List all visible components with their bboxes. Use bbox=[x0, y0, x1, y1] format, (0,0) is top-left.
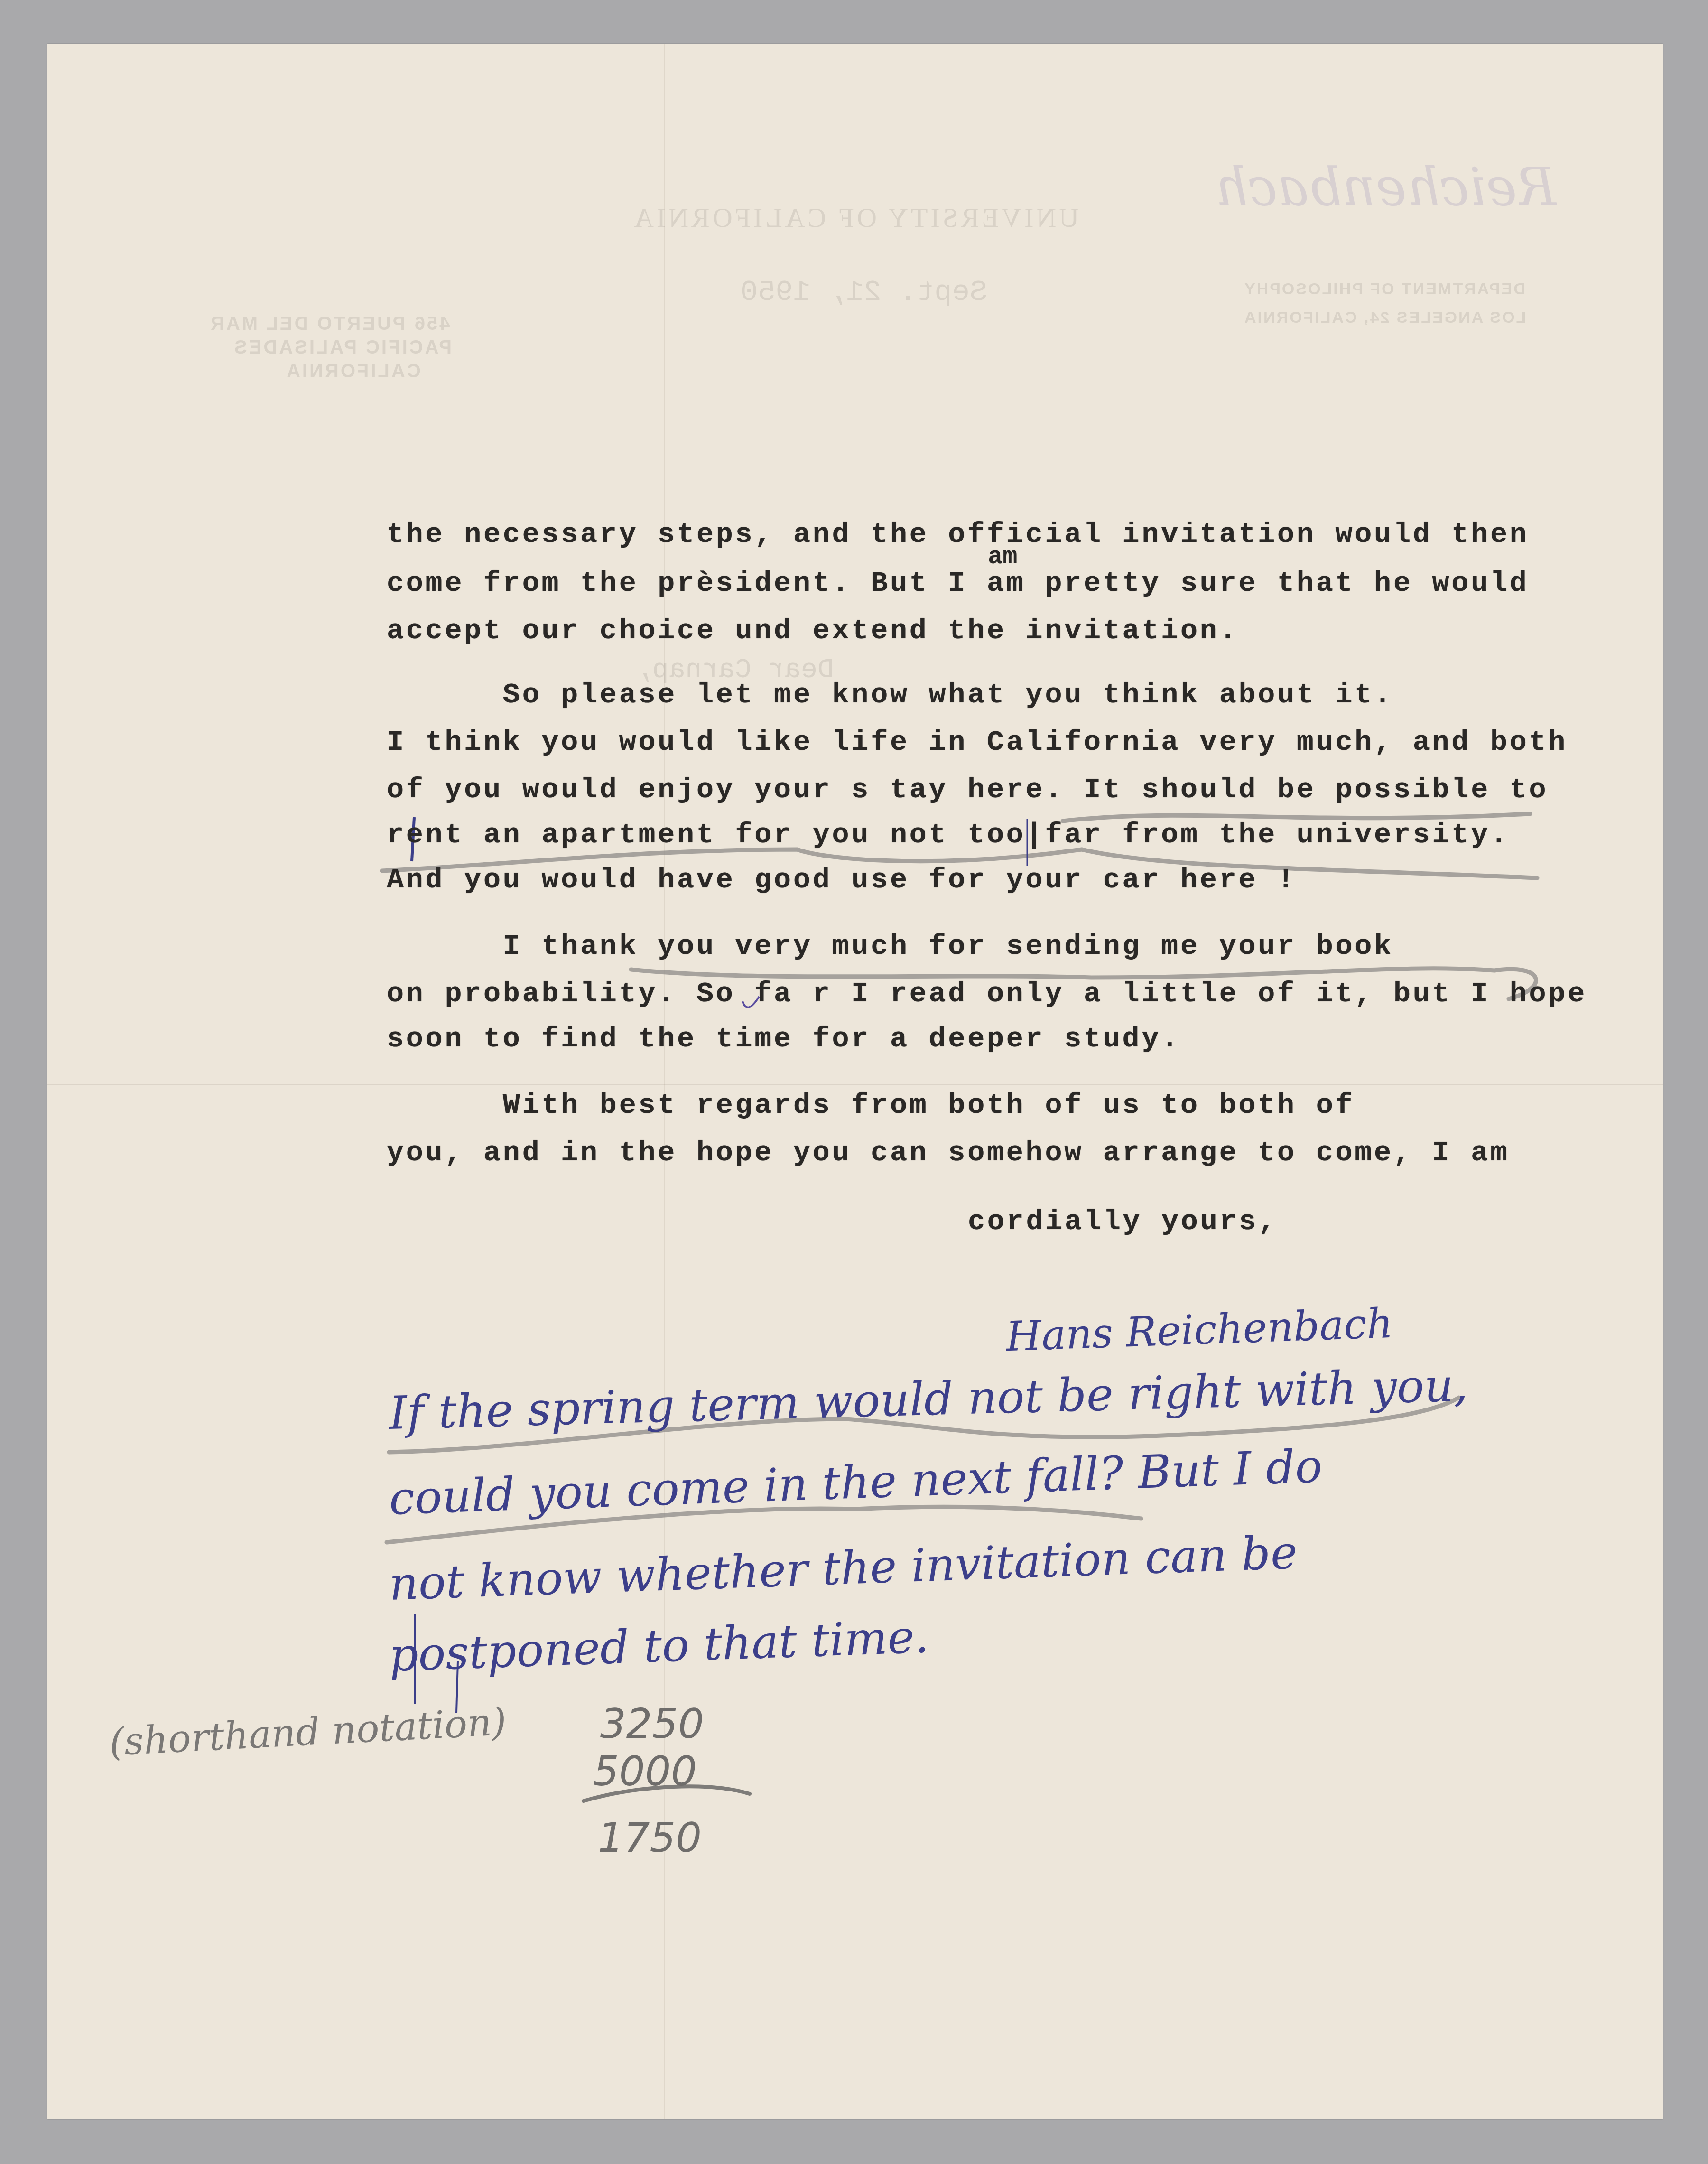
body-line: the necessary steps, and the official in… bbox=[387, 521, 1529, 549]
body-line: I thank you very much for sending me you… bbox=[387, 933, 1393, 961]
body-line: rent an apartment for you not too|far fr… bbox=[387, 821, 1510, 849]
body-line: of you would enjoy your s tay here. It s… bbox=[387, 776, 1548, 804]
pencil-sum-value: 5000 bbox=[593, 1751, 697, 1792]
body-line: accept our choice und extend the invitat… bbox=[387, 617, 1238, 645]
body-line: come from the prèsident. But I am pretty… bbox=[387, 569, 1529, 598]
body-line: And you would have good use for your car… bbox=[387, 866, 1297, 895]
pencil-sum-result: 1750 bbox=[598, 1818, 702, 1858]
body-line: on probability. So fa r I read only a li… bbox=[387, 980, 1587, 1008]
body-line: you, and in the hope you can somehow arr… bbox=[387, 1139, 1510, 1167]
body-line: I think you would like life in Californi… bbox=[387, 728, 1568, 757]
pencil-sum-value: 3250 bbox=[600, 1704, 704, 1744]
body-line: With best regards from both of us to bot… bbox=[387, 1091, 1355, 1120]
typed-correction-am: am bbox=[988, 545, 1017, 569]
annotation-marks bbox=[0, 0, 1708, 2164]
closing: cordially yours, bbox=[968, 1208, 1278, 1236]
body-line: So please let me know what you think abo… bbox=[387, 681, 1393, 709]
body-line: soon to find the time for a deeper study… bbox=[387, 1025, 1180, 1054]
